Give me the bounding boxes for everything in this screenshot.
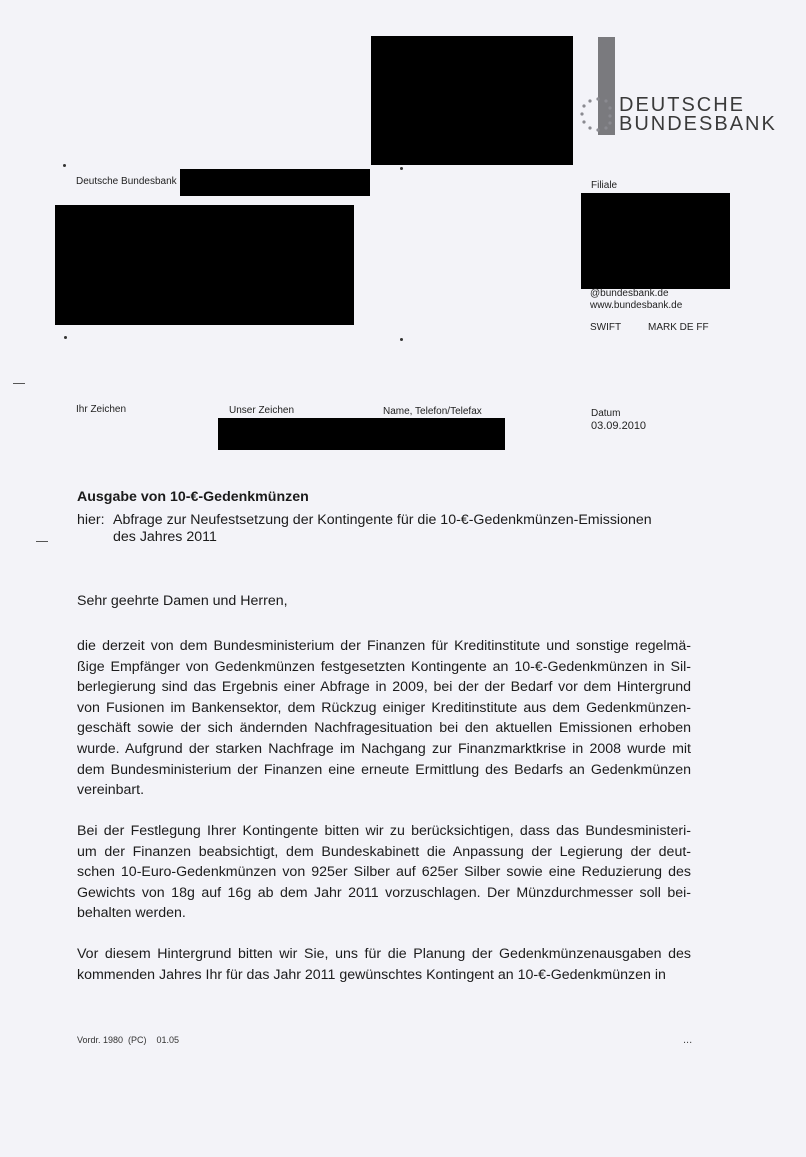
address-corner-mark xyxy=(64,336,67,339)
paragraph-line: Gewichts von 18g auf 16g ab dem Jahr 201… xyxy=(77,883,691,904)
subject-hier-line-1: Abfrage zur Neufestsetzung der Kontingen… xyxy=(113,512,652,528)
sender-line: Deutsche Bundesbank xyxy=(76,176,177,187)
redaction-branch-details xyxy=(581,193,730,289)
form-code: Vordr. 1980 (PC) 01.05 xyxy=(77,1035,179,1045)
paragraph-line: dem Bundesministerium der Finanzen eine … xyxy=(77,760,691,781)
paragraph-line: schen 10-Euro-Gedenkmünzen von 925er Sil… xyxy=(77,862,691,883)
redaction-sender-address xyxy=(180,169,370,196)
punch-mark xyxy=(36,541,48,542)
subject-title: Ausgabe von 10-€-Gedenkmünzen xyxy=(77,489,309,505)
salutation: Sehr geehrte Damen und Herren, xyxy=(77,593,288,609)
paragraph-line: berlegierung sind das Ergebnis einer Abf… xyxy=(77,677,691,698)
paragraph-line: behalten werden. xyxy=(77,903,691,924)
redaction-top-center xyxy=(371,36,573,165)
fold-mark xyxy=(13,383,25,384)
paragraph-1: die derzeit von dem Bundesministerium de… xyxy=(77,636,691,801)
paragraph-line: die derzeit von dem Bundesministerium de… xyxy=(77,636,691,657)
name-telefon-label: Name, Telefon/Telefax xyxy=(383,406,482,417)
paragraph-3: Vor diesem Hintergrund bitten wir Sie, u… xyxy=(77,944,691,985)
address-corner-mark xyxy=(400,338,403,341)
branch-label: Filiale xyxy=(591,180,617,191)
paragraph-line: Bei der Festlegung Ihrer Kontingente bit… xyxy=(77,821,691,842)
paragraph-line: ßige Empfänger von Gedenkmünzen festgese… xyxy=(77,657,691,678)
subject-hier-label: hier: xyxy=(77,512,105,528)
swift-value: MARK DE FF xyxy=(648,322,709,333)
paragraph-line: um der Finanzen beabsichtigt, dem Bundes… xyxy=(77,842,691,863)
branch-website: www.bundesbank.de xyxy=(590,300,682,311)
ihr-zeichen-label: Ihr Zeichen xyxy=(76,404,126,415)
branch-email: @bundesbank.de xyxy=(590,288,669,299)
address-corner-mark xyxy=(400,167,403,170)
logo-line-2: BUNDESBANK xyxy=(619,115,777,134)
paragraph-line: vereinbart. xyxy=(77,780,691,801)
address-corner-mark xyxy=(63,164,66,167)
datum-value: 03.09.2010 xyxy=(591,420,646,432)
paragraph-line: wurde. Aufgrund der starken Nachfrage im… xyxy=(77,739,691,760)
unser-zeichen-label: Unser Zeichen xyxy=(229,405,294,416)
paragraph-2: Bei der Festlegung Ihrer Kontingente bit… xyxy=(77,821,691,924)
datum-label: Datum xyxy=(591,408,620,419)
redaction-reference-values xyxy=(218,418,505,450)
bank-logo-text: DEUTSCHE BUNDESBANK xyxy=(619,96,777,134)
swift-label: SWIFT xyxy=(590,322,621,333)
paragraph-line: Vor diesem Hintergrund bitten wir Sie, u… xyxy=(77,944,691,965)
paragraph-line: kommenden Jahres Ihr für das Jahr 2011 g… xyxy=(77,965,691,986)
continuation-mark: ... xyxy=(683,1034,692,1046)
paragraph-line: von Fusionen im Bankensektor, dem Rückzu… xyxy=(77,698,691,719)
euro-stars-icon xyxy=(578,96,618,136)
paragraph-line: geschäft sowie der sich ändernden Nachfr… xyxy=(77,718,691,739)
redaction-recipient-address xyxy=(55,205,354,325)
subject-hier-line-2: des Jahres 2011 xyxy=(113,529,217,545)
